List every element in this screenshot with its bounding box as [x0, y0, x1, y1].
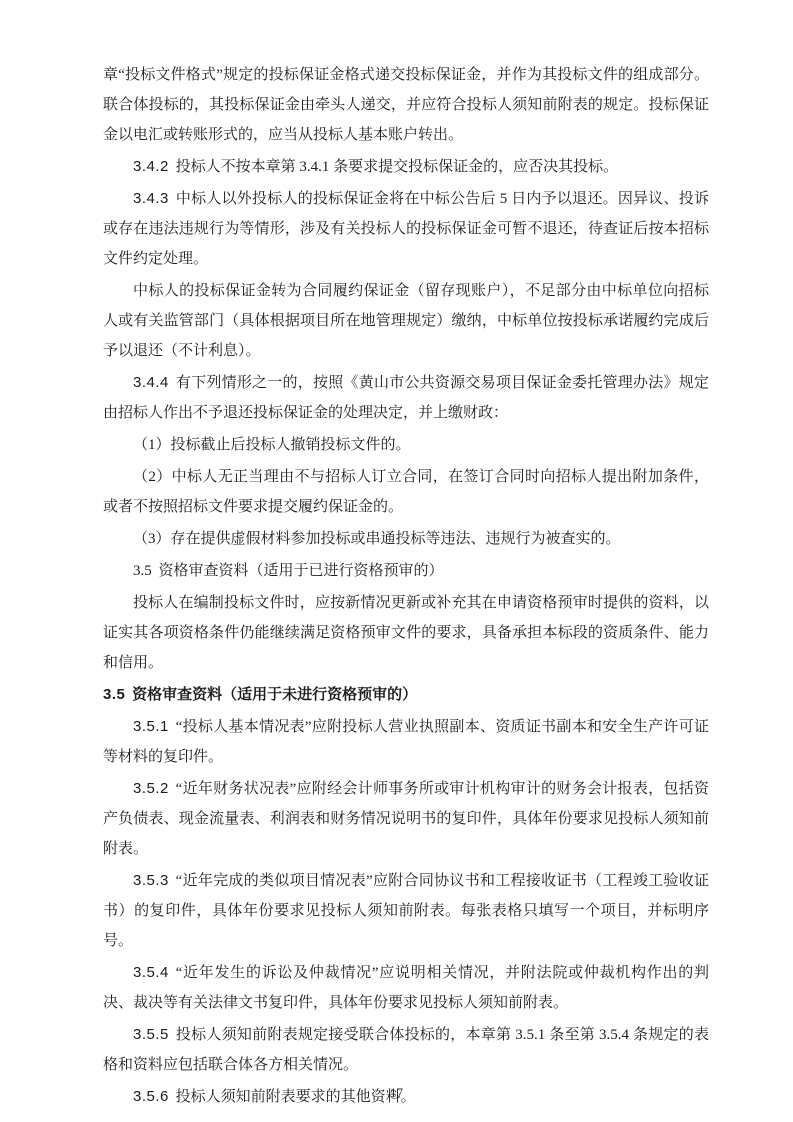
clause-3-5-3: 3.5.3“近年完成的类似项目情况表”应附合同协议书和工程接收证书（工程竣工验收… [103, 866, 709, 956]
page-footer: 17 [0, 1083, 793, 1103]
document-page: 章“投标文件格式”规定的投标保证金格式递交投标保证金，并作为其投标文件的组成部分… [0, 0, 793, 1122]
clause-3-5-5: 3.5.5投标人须知前附表规定接受联合体投标的，本章第 3.5.1 条至第 3.… [103, 1020, 709, 1080]
clause-3-5-4: 3.5.4“近年发生的诉讼及仲裁情况”应说明相关情况，并附法院或仲裁机构作出的判… [103, 958, 709, 1018]
heading-3-5-not-prequalified: 3.5资格审查资料（适用于未进行资格预审的） [103, 680, 709, 710]
paragraph-text: 有下列情形之一的，按照《黄山市公共资源交易项目保证金委托管理办法》规定由招标人作… [103, 375, 709, 421]
clause-number: 3.5.4 [133, 964, 169, 981]
clause-number: 3.5.2 [133, 780, 169, 797]
clause-number: 3.5.3 [133, 872, 169, 889]
list-item-2: （2）中标人无正当理由不与招标人订立合同，在签订合同时向招标人提出附加条件，或者… [103, 462, 709, 522]
paragraph-continuation: 章“投标文件格式”规定的投标保证金格式递交投标保证金，并作为其投标文件的组成部分… [103, 60, 709, 150]
paragraph-text: “投标人基本情况表”应附投标人营业执照副本、资质证书副本和安全生产许可证等材料的… [103, 719, 709, 765]
list-item-3: （3）存在提供虚假材料参加投标或串通投标等违法、违规行为被查实的。 [103, 524, 709, 554]
clause-3-4-2: 3.4.2投标人不按本章第 3.4.1 条要求提交投标保证金的，应否决其投标。 [103, 152, 709, 182]
paragraph-text: 投标人不按本章第 3.4.1 条要求提交投标保证金的，应否决其投标。 [176, 159, 619, 175]
paragraph-text: “近年财务状况表”应附经会计师事务所或审计机构审计的财务会计报表，包括资产负债表… [103, 781, 709, 857]
paragraph-text: “近年完成的类似项目情况表”应附合同协议书和工程接收证书（工程竣工验收证书）的复… [103, 873, 709, 949]
document-body: 章“投标文件格式”规定的投标保证金格式递交投标保证金，并作为其投标文件的组成部分… [103, 60, 709, 1114]
page-number: 17 [390, 1085, 403, 1100]
clause-number: 3.5 [103, 686, 125, 703]
paragraph-text: “近年发生的诉讼及仲裁情况”应说明相关情况，并附法院或仲裁机构作出的判决、裁决等… [103, 965, 709, 1011]
clause-3-5-2: 3.5.2“近年财务状况表”应附经会计师事务所或审计机构审计的财务会计报表，包括… [103, 774, 709, 864]
paragraph-text: 章“投标文件格式”规定的投标保证金格式递交投标保证金，并作为其投标文件的组成部分… [103, 67, 709, 143]
paragraph-text: 中标人的投标保证金转为合同履约保证金（留存现账户），不足部分由中标单位向招标人或… [103, 283, 709, 359]
clause-3-4-3: 3.4.3中标人以外投标人的投标保证金将在中标公告后 5 日内予以退还。因异议、… [103, 184, 709, 274]
clause-number: 3.4.3 [133, 190, 169, 207]
paragraph-text: 中标人以外投标人的投标保证金将在中标公告后 5 日内予以退还。因异议、投诉或存在… [103, 191, 709, 267]
clause-number: 3.4.2 [133, 158, 169, 175]
paragraph: 中标人的投标保证金转为合同履约保证金（留存现账户），不足部分由中标单位向招标人或… [103, 276, 709, 366]
heading-text: 资格审查资料（适用于未进行资格预审的） [132, 686, 417, 703]
paragraph-text: 投标人须知前附表规定接受联合体投标的，本章第 3.5.1 条至第 3.5.4 条… [103, 1027, 709, 1073]
clause-number: 3.5.1 [133, 718, 169, 735]
heading-3-5-prequalified: 3.5资格审查资料（适用于已进行资格预审的） [103, 556, 709, 586]
paragraph-text: （1）投标截止后投标人撤销投标文件的。 [133, 437, 411, 453]
clause-number: 3.5 [133, 563, 152, 579]
paragraph: 投标人在编制投标文件时，应按新情况更新或补充其在申请资格预审时提供的资料，以证实… [103, 588, 709, 678]
paragraph-text: （2）中标人无正当理由不与招标人订立合同，在签订合同时向招标人提出附加条件，或者… [103, 469, 709, 515]
clause-3-5-1: 3.5.1“投标人基本情况表”应附投标人营业执照副本、资质证书副本和安全生产许可… [103, 712, 709, 772]
paragraph-text: （3）存在提供虚假材料参加投标或串通投标等违法、违规行为被查实的。 [133, 531, 621, 547]
heading-text: 资格审查资料（适用于已进行资格预审的） [159, 563, 444, 579]
paragraph-text: 投标人在编制投标文件时，应按新情况更新或补充其在申请资格预审时提供的资料，以证实… [103, 595, 709, 671]
clause-number: 3.5.5 [133, 1026, 169, 1043]
list-item-1: （1）投标截止后投标人撤销投标文件的。 [103, 430, 709, 460]
clause-3-4-4: 3.4.4有下列情形之一的，按照《黄山市公共资源交易项目保证金委托管理办法》规定… [103, 368, 709, 428]
clause-number: 3.4.4 [133, 374, 169, 391]
